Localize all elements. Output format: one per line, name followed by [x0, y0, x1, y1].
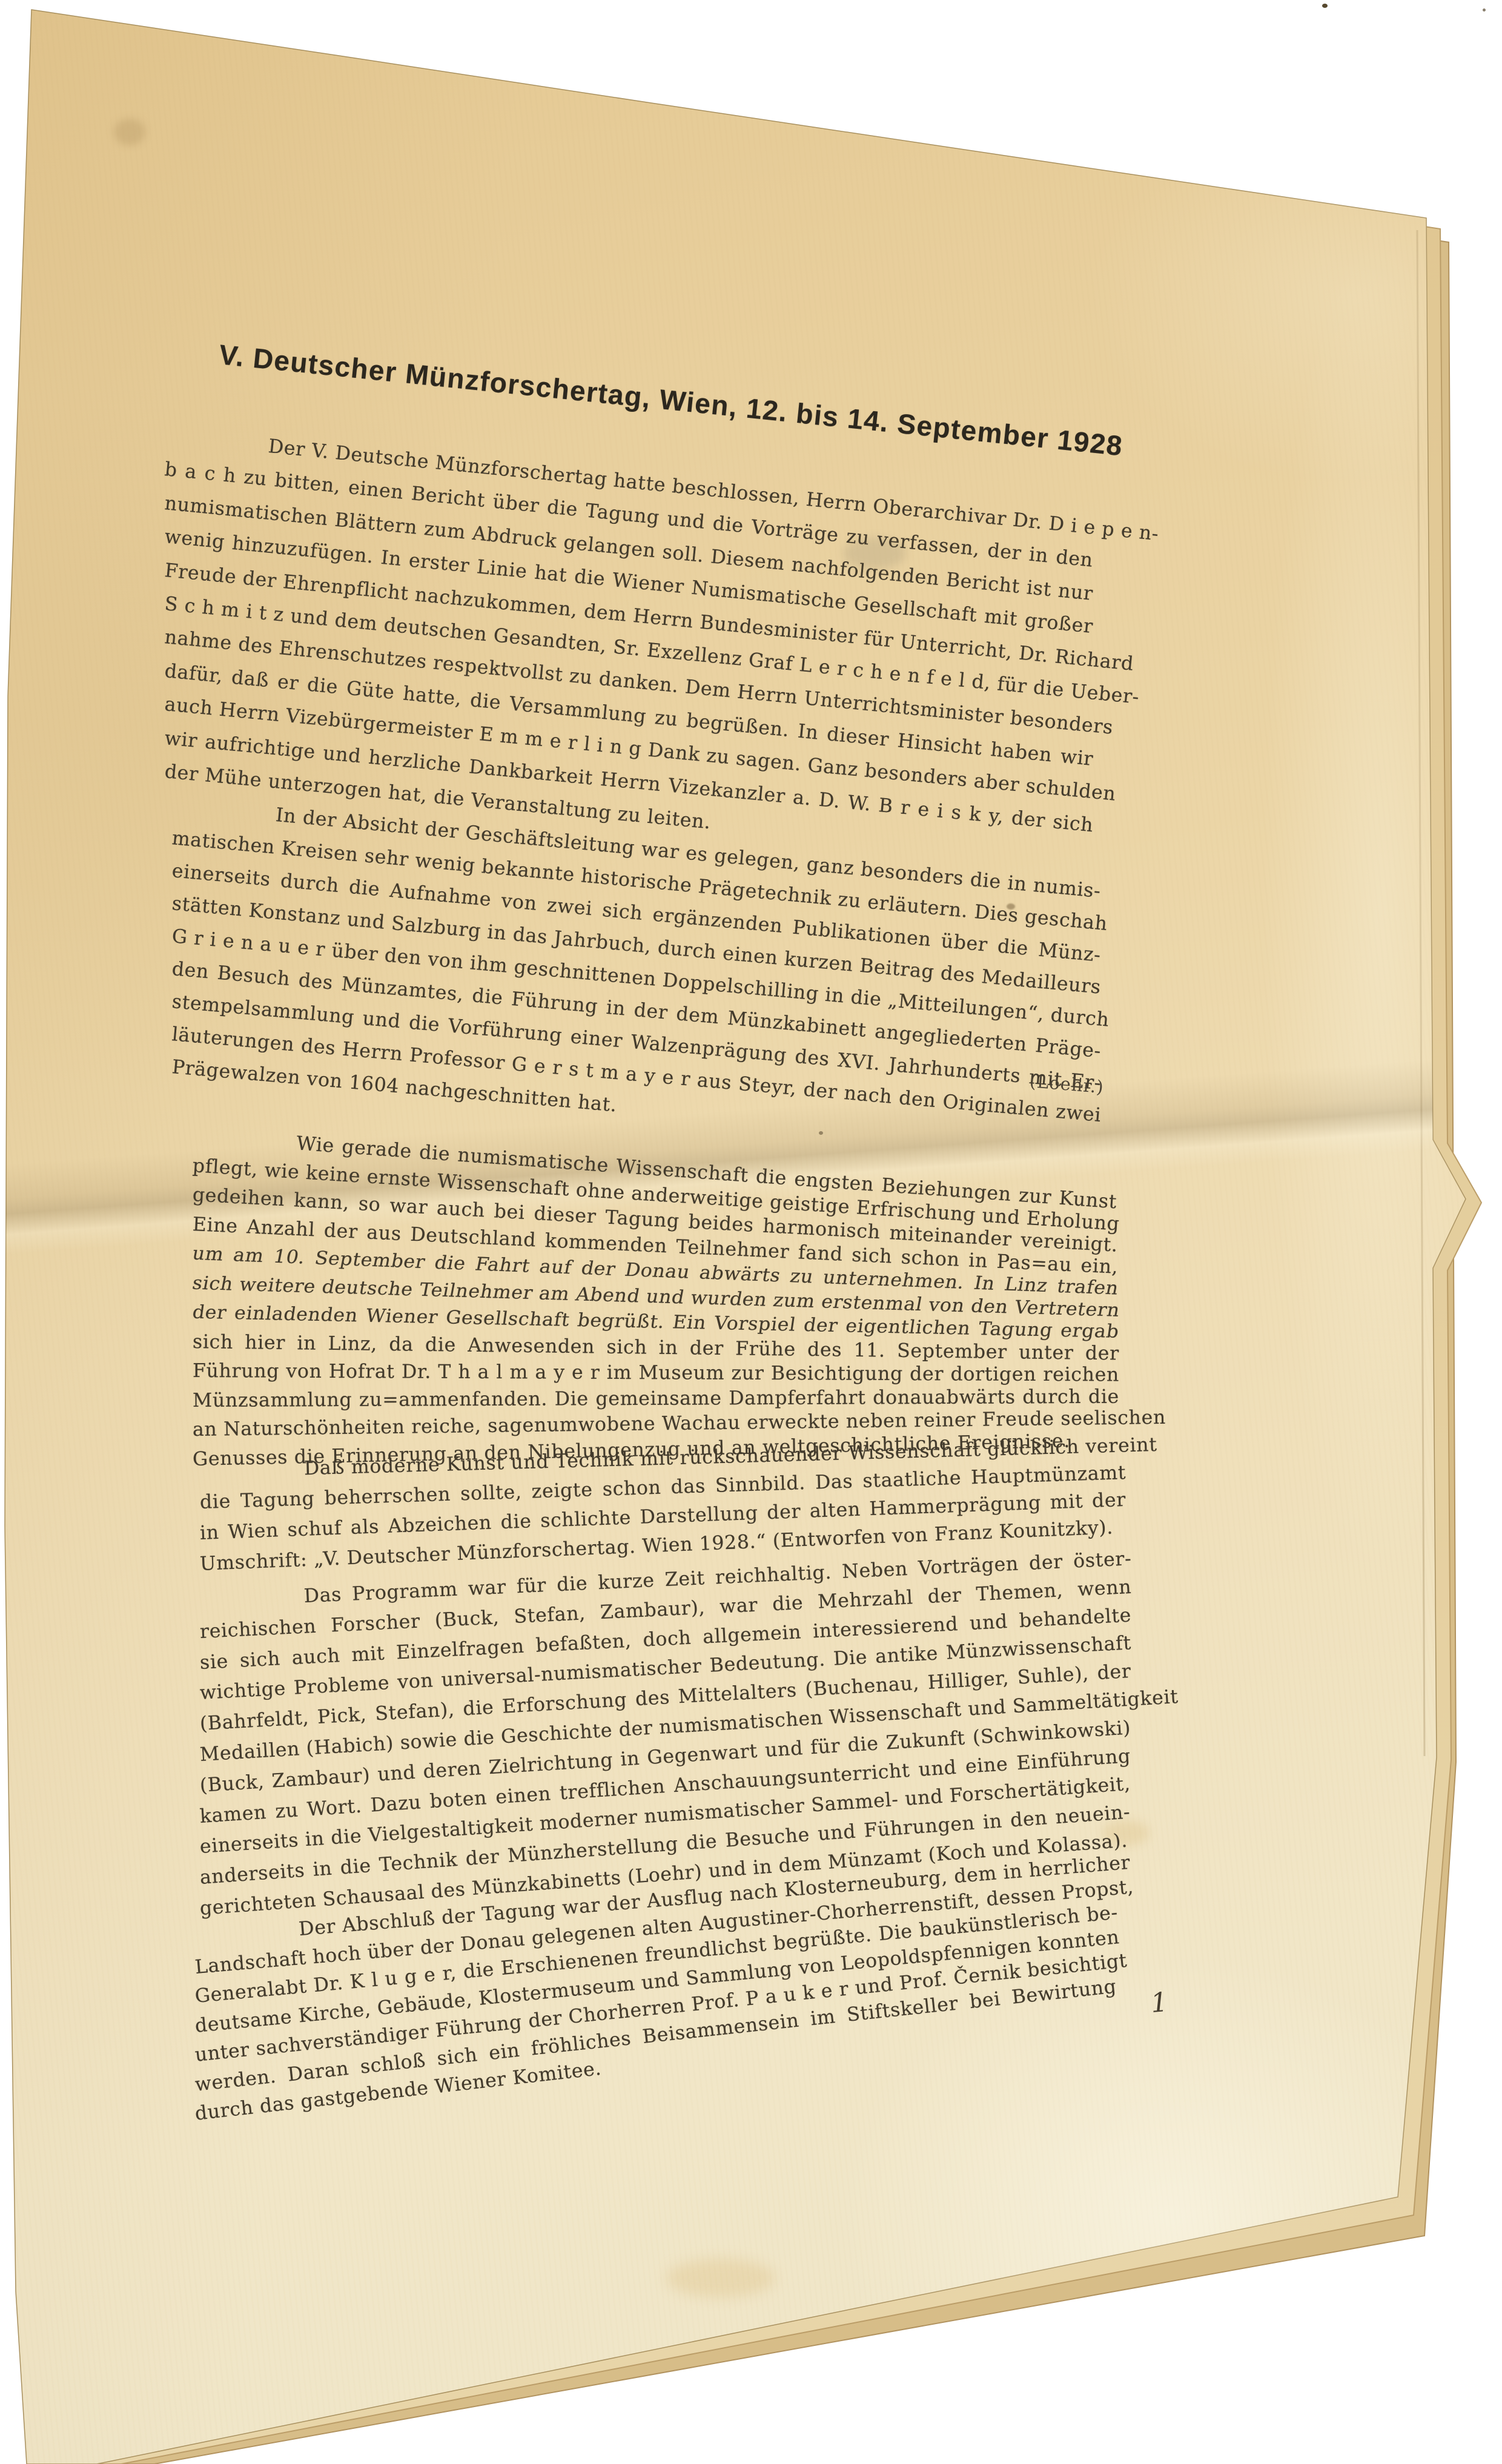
page-text: V. Deutscher Münzforschertag, Wien, 12. …: [0, 0, 1502, 2464]
text-line: Führung von Hofrat Dr. T h a l m a y e r…: [193, 1359, 1119, 1387]
scanned-document-page: V. Deutscher Münzforschertag, Wien, 12. …: [0, 0, 1502, 2464]
page-number: 1: [1150, 1987, 1169, 2019]
